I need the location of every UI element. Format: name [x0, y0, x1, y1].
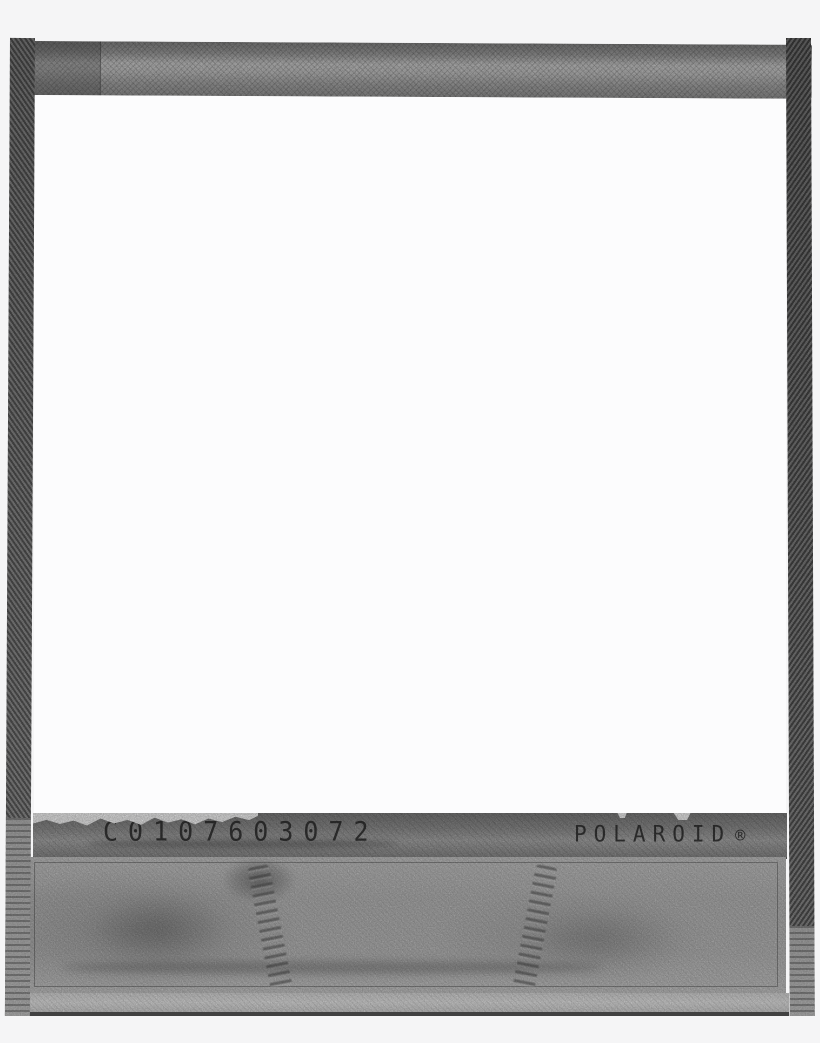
polaroid-frame: C0107603072 POLAROID®	[0, 0, 820, 1043]
brand-stamp: POLAROID®	[574, 821, 745, 846]
grain-texture	[32, 41, 812, 99]
torn-white-notch	[673, 813, 691, 820]
frame-bottom-edge	[27, 993, 789, 1016]
grain-texture	[27, 993, 789, 1012]
frame-right-strip	[786, 38, 815, 1016]
right-strip-ribbed-section	[789, 926, 814, 1016]
frame-top-bar	[32, 41, 812, 99]
photo-window	[34, 91, 786, 816]
left-strip-ribbed-section	[5, 818, 31, 1016]
top-bar-dark-patch	[32, 41, 101, 95]
torn-white-notch	[617, 813, 627, 818]
grain-texture	[786, 38, 815, 1016]
registered-mark-icon: ®	[735, 826, 745, 847]
developer-bottom-streak	[62, 961, 602, 974]
serial-strip: C0107603072 POLAROID®	[33, 813, 787, 859]
developer-panel	[26, 857, 786, 993]
frame-left-strip	[5, 38, 35, 1016]
brand-name: POLAROID	[574, 821, 731, 846]
